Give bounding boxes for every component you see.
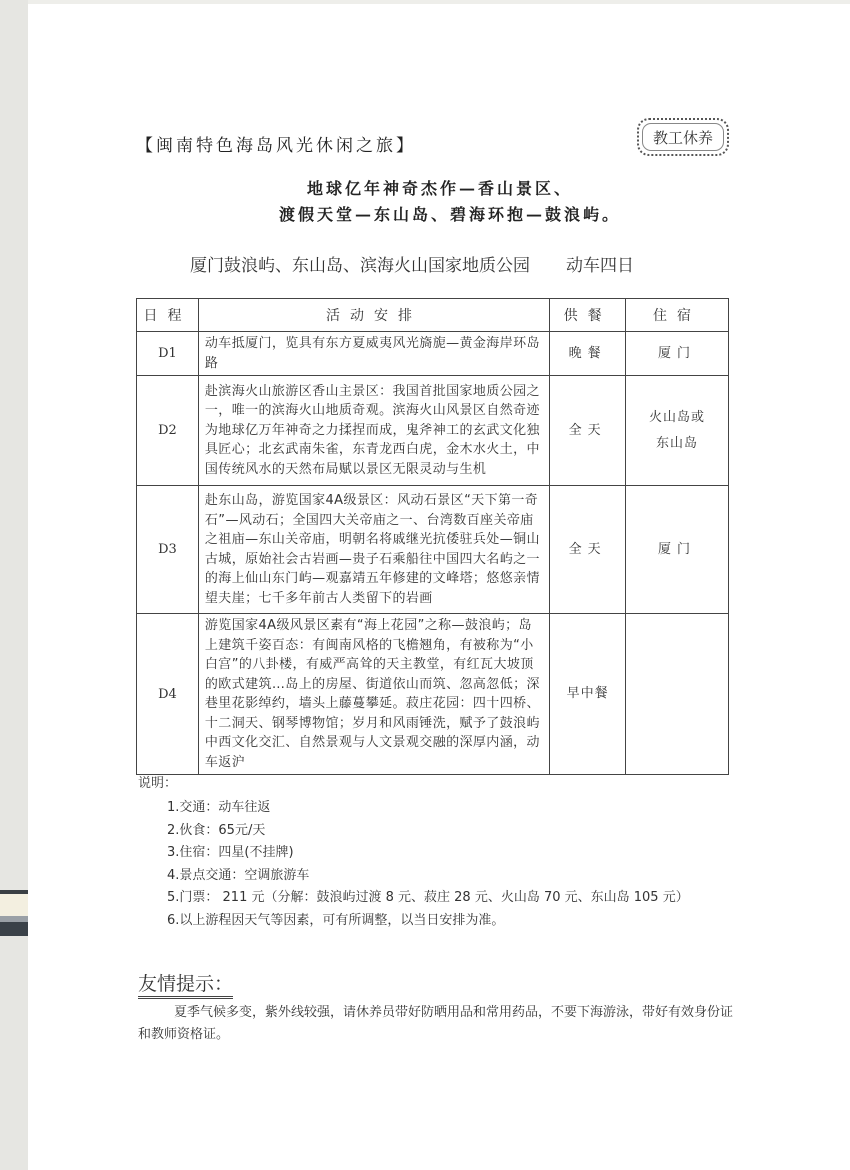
note-item: 3.住宿：四星(不挂牌) (167, 842, 689, 865)
meals-cell: 晚餐 (550, 332, 626, 376)
day-cell: D4 (137, 614, 199, 775)
tips-heading: 友情提示： (138, 972, 233, 999)
column-header-activity: 活动安排 (198, 299, 549, 332)
activity-cell: 赴东山岛，游览国家4A级景区：风动石景区“天下第一奇石”—风动石；全国四大关帝庙… (198, 486, 549, 614)
day-cell: D1 (137, 332, 199, 376)
table-row: D4 游览国家4A级风景区素有“海上花园”之称—鼓浪屿；岛上建筑千姿百态：有闽南… (137, 614, 729, 775)
column-header-day: 日程 (137, 299, 199, 332)
day-cell: D3 (137, 486, 199, 614)
note-item: 1.交通：动车往返 (167, 797, 689, 820)
tips-body: 夏季气候多变，紫外线较强，请休养员带好防晒用品和常用药品，不要下海游泳，带好有效… (138, 1002, 733, 1046)
stay-cell: 火山岛或东山岛 (626, 376, 729, 486)
slogan-line-1: 地球亿年神奇杰作—香山景区、 (0, 176, 850, 199)
scanner-artifact (0, 922, 28, 936)
notes-list: 1.交通：动车往返 2.伙食：65元/天 3.住宿：四星(不挂牌) 4.景点交通… (138, 797, 689, 933)
table-header-row: 日程 活动安排 供餐 住宿 (137, 299, 729, 332)
note-item: 6.以上游程因天气等因素，可有所调整，以当日安排为准。 (167, 910, 689, 933)
note-item: 4.景点交通：空调旅游车 (167, 865, 689, 888)
scanner-artifact (0, 894, 28, 916)
stay-cell: 厦门 (626, 486, 729, 614)
meals-cell: 全天 (550, 486, 626, 614)
note-item: 2.伙食：65元/天 (167, 820, 689, 843)
day-cell: D2 (137, 376, 199, 486)
stay-cell (626, 614, 729, 775)
table-row: D2 赴滨海火山旅游区香山主景区：我国首批国家地质公园之一，唯一的滨海火山地质奇… (137, 376, 729, 486)
column-header-meals: 供餐 (550, 299, 626, 332)
meals-cell: 全天 (550, 376, 626, 486)
scanner-top-edge (28, 0, 850, 4)
route-subtitle: 厦门鼓浪屿、东山岛、滨海火山国家地质公园动车四日 (190, 251, 634, 276)
note-item: 5.门票： 211 元（分解：鼓浪屿过渡 8 元、菽庄 28 元、火山岛 70 … (167, 887, 689, 910)
route-destinations: 厦门鼓浪屿、东山岛、滨海火山国家地质公园 (190, 256, 530, 276)
route-duration: 动车四日 (566, 256, 634, 276)
notes-heading: 说明： (138, 772, 689, 791)
notes-section: 说明： 1.交通：动车往返 2.伙食：65元/天 3.住宿：四星(不挂牌) 4.… (138, 772, 689, 933)
meals-cell: 早中餐 (550, 614, 626, 775)
slogan-line-2: 渡假天堂—东山岛、碧海环抱—鼓浪屿。 (0, 202, 850, 225)
stamp-label: 教工休养 (653, 127, 713, 148)
itinerary-table: 日程 活动安排 供餐 住宿 D1 动车抵厦门，览具有东方夏威夷风光旖旎—黄金海岸… (136, 298, 729, 775)
category-stamp: 教工休养 (637, 118, 729, 156)
column-header-stay: 住宿 (626, 299, 729, 332)
stay-cell: 厦门 (626, 332, 729, 376)
activity-cell: 游览国家4A级风景区素有“海上花园”之称—鼓浪屿；岛上建筑千姿百态：有闽南风格的… (198, 614, 549, 775)
activity-cell: 动车抵厦门，览具有东方夏威夷风光旖旎—黄金海岸环岛路 (198, 332, 549, 376)
table-row: D3 赴东山岛，游览国家4A级景区：风动石景区“天下第一奇石”—风动石；全国四大… (137, 486, 729, 614)
activity-cell: 赴滨海火山旅游区香山主景区：我国首批国家地质公园之一，唯一的滨海火山地质奇观。滨… (198, 376, 549, 486)
document-title: 【闽南特色海岛风光休闲之旅】 (136, 131, 416, 156)
table-row: D1 动车抵厦门，览具有东方夏威夷风光旖旎—黄金海岸环岛路 晚餐 厦门 (137, 332, 729, 376)
